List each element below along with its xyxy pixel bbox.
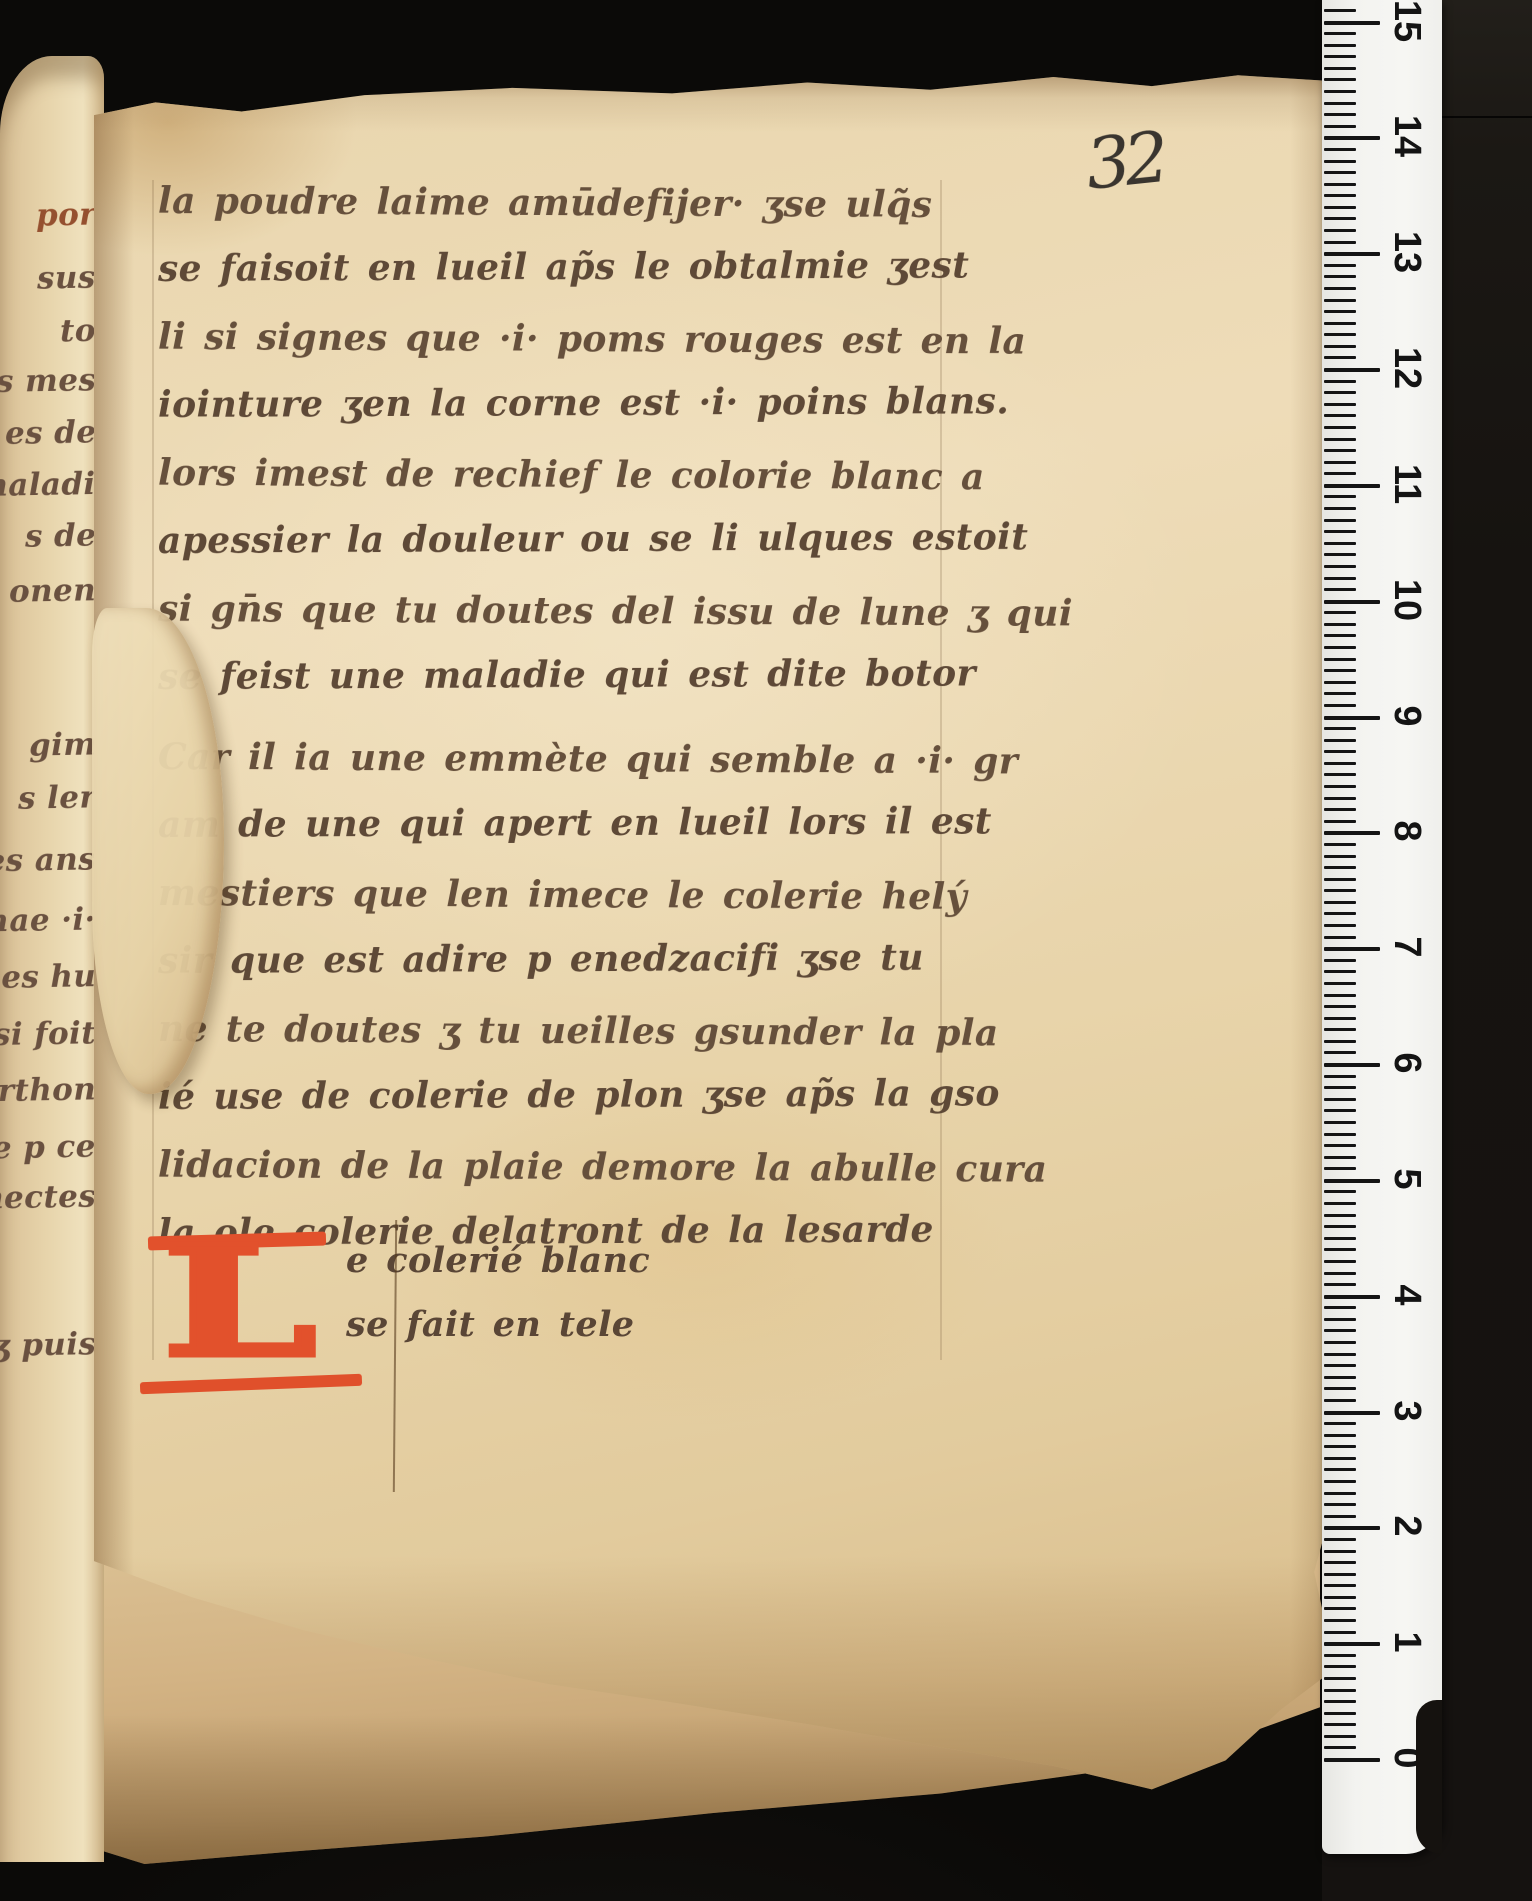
ruler-mm-tick	[1324, 530, 1356, 533]
ruler-mm-tick	[1324, 750, 1356, 753]
ruler-mm-tick	[1324, 1272, 1356, 1275]
ruler-mm-tick	[1324, 808, 1356, 811]
ruler-mm-tick	[1324, 1237, 1356, 1240]
manuscript-line: la poudre laime amūdefijer· ʒse ulq̃s	[158, 180, 933, 226]
ruler-mm-tick	[1324, 1040, 1356, 1043]
ruler-mm-tick	[1324, 959, 1356, 962]
manuscript-line: am de une qui apert en lueil lors il est	[158, 800, 992, 846]
ruler-mm-tick	[1324, 461, 1356, 464]
ruler-label-4: 4	[1380, 1266, 1434, 1324]
manuscript-line: se faisoit en lueil ap̃s le obtalmie ʒes…	[158, 244, 969, 290]
manuscript-line: lidacion de la plaie demore la abulle cu…	[158, 1144, 1048, 1191]
ruler-mm-tick	[1324, 333, 1356, 336]
ruler-seam	[1434, 116, 1532, 118]
ruler-mm-tick	[1324, 704, 1356, 707]
ruler-cm-tick	[1324, 1758, 1380, 1762]
ruler-mm-tick	[1324, 646, 1356, 649]
ruler-mm-tick	[1324, 588, 1356, 591]
ruler-mm-tick	[1324, 160, 1356, 163]
manuscript-line: si gn̄s que tu doutes del issu de lune ʒ…	[158, 588, 1073, 635]
ruler-mm-tick	[1324, 762, 1356, 765]
ruler-mm-tick	[1324, 1225, 1356, 1228]
ruler-mm-tick	[1324, 206, 1356, 209]
ruler-cm-tick	[1324, 368, 1380, 372]
ruler-mm-tick	[1324, 634, 1356, 637]
ruler-mm-tick	[1324, 1584, 1356, 1587]
ruler-mm-tick	[1324, 1735, 1356, 1738]
ruler-mm-tick	[1324, 241, 1356, 244]
margin-fragment: de corthon	[0, 1071, 96, 1110]
margin-fragment: onen	[9, 572, 97, 610]
manuscript-line: ne te doutes ʒ tu ueilles gsunder la pla	[158, 1008, 999, 1054]
ruler-mm-tick	[1324, 403, 1356, 406]
ruler-mm-tick	[1324, 565, 1356, 568]
manuscript-line: lors imest de rechief le colorie blanc a	[158, 452, 985, 498]
ruler-mm-tick	[1324, 229, 1356, 232]
ruler-mm-tick	[1324, 727, 1356, 730]
ruler-mm-tick	[1324, 994, 1356, 997]
ruler-label-5: 5	[1380, 1150, 1434, 1208]
ruler-mm-tick	[1324, 1005, 1356, 1008]
margin-fragment: car ses ans	[0, 841, 96, 880]
ruler-mm-tick	[1324, 1202, 1356, 1205]
ruler-mm-tick	[1324, 426, 1356, 429]
ruler-mm-tick	[1324, 1017, 1356, 1020]
ruler-mm-tick	[1324, 669, 1356, 672]
ruler-mm-tick	[1324, 820, 1356, 823]
ruler-mm-tick	[1324, 1329, 1356, 1332]
ruler-label-12: 12	[1380, 339, 1434, 397]
ruler-mm-tick	[1324, 32, 1356, 35]
ruler-mm-tick	[1324, 148, 1356, 151]
ruler-cm-tick	[1324, 252, 1380, 256]
rubric-initial-letter: L	[162, 1226, 317, 1378]
ruler-mm-tick	[1324, 1144, 1356, 1147]
ruler-mm-tick	[1324, 171, 1356, 174]
ruler-mm-tick	[1324, 507, 1356, 510]
ruler-mm-tick	[1324, 1364, 1356, 1367]
ruler-label-13: 13	[1380, 223, 1434, 281]
ruler-mm-tick	[1324, 1028, 1356, 1031]
ruler-mm-tick	[1324, 1480, 1356, 1483]
margin-fragment: s mes	[0, 362, 96, 400]
ruler-mm-tick	[1324, 1353, 1356, 1356]
ruler-mm-tick	[1324, 577, 1356, 580]
ruler-cm-tick	[1324, 600, 1380, 604]
ruler-mm-tick	[1324, 472, 1356, 475]
ruler-cm-tick	[1324, 1411, 1380, 1415]
ruler-mm-tick	[1324, 797, 1356, 800]
ruler-cm-tick	[1324, 1642, 1380, 1646]
margin-fragment: leurs si foit	[0, 1015, 96, 1055]
margin-fragment: sus	[37, 259, 96, 296]
manuscript-initial-line: se fait en tele	[346, 1304, 634, 1345]
ruler-mm-tick	[1324, 356, 1356, 359]
ruler-mm-tick	[1324, 1723, 1356, 1726]
manuscript-line: mestiers que len imece le colerie helý	[158, 872, 967, 918]
ruler-mm-tick	[1324, 1318, 1356, 1321]
ruler-mm-tick	[1324, 623, 1356, 626]
ruler-mm-tick	[1324, 1515, 1356, 1518]
margin-fragment: tu mectes	[0, 1178, 96, 1217]
ruler-label-6: 6	[1380, 1034, 1434, 1092]
ruler-cm-tick	[1324, 716, 1380, 720]
ruler-mm-tick	[1324, 843, 1356, 846]
measuring-ruler: 1514131211109876543210	[1322, 0, 1532, 1901]
ruler-mm-tick	[1324, 1086, 1356, 1089]
ruler-mm-tick	[1324, 78, 1356, 81]
ruler-mm-tick	[1324, 55, 1356, 58]
ruler-label-10: 10	[1380, 571, 1434, 629]
ruler-mm-tick	[1324, 299, 1356, 302]
ruler-mm-tick	[1324, 681, 1356, 684]
ruler-label-15: 15	[1380, 0, 1434, 50]
ruler-mm-tick	[1324, 1631, 1356, 1634]
ruler-label-3: 3	[1380, 1382, 1434, 1440]
ruler-mm-tick	[1324, 380, 1356, 383]
ruler-mm-tick	[1324, 1248, 1356, 1251]
ruler-mm-tick	[1324, 1283, 1356, 1286]
ruler-mm-tick	[1324, 1677, 1356, 1680]
ruler-mm-tick	[1324, 90, 1356, 93]
ruler-mm-tick	[1324, 1654, 1356, 1657]
ruler-label-14: 14	[1380, 107, 1434, 165]
ruler-mm-tick	[1324, 519, 1356, 522]
ruler-mm-tick	[1324, 878, 1356, 881]
ruler-mm-tick	[1324, 1492, 1356, 1495]
ruler-mm-tick	[1324, 1133, 1356, 1136]
ruler-scale: 1514131211109876543210	[1322, 0, 1442, 1854]
ruler-mm-tick	[1324, 936, 1356, 939]
ruler-mm-tick	[1324, 658, 1356, 661]
ruler-mm-tick	[1324, 1550, 1356, 1553]
ruler-mm-tick	[1324, 183, 1356, 186]
margin-fragment: gim	[28, 726, 96, 763]
ruler-mm-tick	[1324, 1422, 1356, 1425]
manuscript-line: se feist une maladie qui est dite botor	[158, 652, 976, 698]
margin-fragment: maladi	[0, 466, 96, 504]
ruler-cm-tick	[1324, 1179, 1380, 1183]
margin-fragment: to	[60, 313, 96, 350]
ruler-mm-tick	[1324, 310, 1356, 313]
manuscript-line: sir que est adire p enedzacifi ʒse tu	[158, 937, 924, 982]
ruler-mm-tick	[1324, 1434, 1356, 1437]
ruler-mm-tick	[1324, 542, 1356, 545]
ruler-mm-tick	[1324, 287, 1356, 290]
manuscript-line: li si signes que ·i· poms rouges est en …	[158, 316, 1026, 363]
ruler-mm-tick	[1324, 739, 1356, 742]
ruler-cm-tick	[1324, 21, 1380, 25]
margin-fragment: por	[36, 196, 97, 233]
ruler-mm-tick	[1324, 113, 1356, 116]
ruler-mm-tick	[1324, 924, 1356, 927]
ruler-mm-tick	[1324, 1306, 1356, 1309]
ruler-mm-tick	[1324, 866, 1356, 869]
margin-fragment: t quit les hu	[0, 958, 96, 998]
ruler-mm-tick	[1324, 1051, 1356, 1054]
ruler-mm-tick	[1324, 1109, 1356, 1112]
ruler-mm-tick	[1324, 217, 1356, 220]
ruler-cm-tick	[1324, 1526, 1380, 1530]
ruler-mm-tick	[1324, 322, 1356, 325]
manuscript-initial-line: e colerié blanc	[346, 1240, 650, 1281]
ruler-mm-tick	[1324, 495, 1356, 498]
ruler-mm-tick	[1324, 275, 1356, 278]
ruler-mm-tick	[1324, 889, 1356, 892]
ruler-mm-tick	[1324, 785, 1356, 788]
manuscript-line: iointure ʒen la corne est ·i· poins blan…	[158, 380, 1009, 426]
ruler-label-1: 1	[1380, 1613, 1434, 1671]
ruler-mm-tick	[1324, 901, 1356, 904]
ruler-mm-tick	[1324, 1700, 1356, 1703]
ruler-label-8: 8	[1380, 802, 1434, 860]
ruler-mm-tick	[1324, 773, 1356, 776]
ruler-mm-tick	[1324, 1341, 1356, 1344]
ruler-mm-tick	[1324, 1468, 1356, 1471]
ruler-mm-tick	[1324, 1075, 1356, 1078]
ruler-mm-tick	[1324, 1573, 1356, 1576]
ruler-mm-tick	[1324, 449, 1356, 452]
manuscript-line: apessier la douleur ou se li ulques esto…	[158, 516, 1028, 562]
margin-fragment: s ler	[18, 779, 97, 816]
ruler-mm-tick	[1324, 1596, 1356, 1599]
ruler-mm-tick	[1324, 553, 1356, 556]
ruler-label-9: 9	[1380, 687, 1434, 745]
folio-number: 32	[1082, 116, 1167, 206]
ruler-cm-tick	[1324, 1063, 1380, 1067]
ruler-mm-tick	[1324, 1746, 1356, 1749]
margin-fragment: stoie p ce	[0, 1129, 96, 1168]
margin-fragment: es de	[4, 414, 96, 452]
ruler-mm-tick	[1324, 125, 1356, 128]
ruler-mm-tick	[1324, 970, 1356, 973]
ruler-mm-tick	[1324, 102, 1356, 105]
ruler-mm-tick	[1324, 1619, 1356, 1622]
ruler-mm-tick	[1324, 345, 1356, 348]
ruler-mm-tick	[1324, 438, 1356, 441]
ruler-mm-tick	[1324, 391, 1356, 394]
ruler-notch	[1416, 1700, 1442, 1854]
margin-fragment: s de	[24, 517, 96, 554]
ruler-mm-tick	[1324, 9, 1356, 12]
ruler-mm-tick	[1324, 1607, 1356, 1610]
margin-fragment: m phae ·i·	[0, 901, 96, 940]
ruler-mm-tick	[1324, 1214, 1356, 1217]
ruler-mm-tick	[1324, 1156, 1356, 1159]
manuscript-line: ié use de colerie de plon ʒse ap̃s la gs…	[158, 1072, 1000, 1118]
ruler-mm-tick	[1324, 1712, 1356, 1715]
ruler-cm-tick	[1324, 136, 1380, 140]
ruler-mm-tick	[1324, 1167, 1356, 1170]
ruler-mm-tick	[1324, 1445, 1356, 1448]
ruler-mm-tick	[1324, 1561, 1356, 1564]
ruler-mm-tick	[1324, 194, 1356, 197]
ruler-mm-tick	[1324, 44, 1356, 47]
ruler-mm-tick	[1324, 1503, 1356, 1506]
ruler-mm-tick	[1324, 1457, 1356, 1460]
manuscript-photo: porsustos meses demaladis deonengims ler…	[0, 0, 1532, 1901]
ruler-mm-tick	[1324, 1538, 1356, 1541]
ruler-cm-tick	[1324, 831, 1380, 835]
ruler-mm-tick	[1324, 1098, 1356, 1101]
ruler-mm-tick	[1324, 912, 1356, 915]
rubric-initial: L	[152, 1232, 322, 1402]
ruler-cm-tick	[1324, 1295, 1380, 1299]
manuscript-page: 32 la poudre laime amūdefijer· ʒse ulq̃s…	[94, 68, 1324, 1880]
ruler-mm-tick	[1324, 1689, 1356, 1692]
ruler-mm-tick	[1324, 1121, 1356, 1124]
ruler-cm-tick	[1324, 947, 1380, 951]
manuscript-line: Car il ia une emmète qui semble a ·i· gr	[158, 736, 1018, 783]
ruler-cm-tick	[1324, 484, 1380, 488]
ruler-mm-tick	[1324, 67, 1356, 70]
ruler-mm-tick	[1324, 1665, 1356, 1668]
ruler-mm-tick	[1324, 1399, 1356, 1402]
ruler-label-11: 11	[1380, 455, 1434, 513]
ruler-mm-tick	[1324, 1387, 1356, 1390]
ruler-mm-tick	[1324, 414, 1356, 417]
ruler-mm-tick	[1324, 611, 1356, 614]
ruler-label-7: 7	[1380, 918, 1434, 976]
ruler-mm-tick	[1324, 1190, 1356, 1193]
ruler-mm-tick	[1324, 692, 1356, 695]
ruler-mm-tick	[1324, 982, 1356, 985]
ruler-label-2: 2	[1380, 1497, 1434, 1555]
margin-fragment: ʒ puis	[0, 1326, 96, 1364]
ruler-mm-tick	[1324, 1260, 1356, 1263]
ruler-mm-tick	[1324, 264, 1356, 267]
ruler-mm-tick	[1324, 855, 1356, 858]
ruler-mm-tick	[1324, 1376, 1356, 1379]
